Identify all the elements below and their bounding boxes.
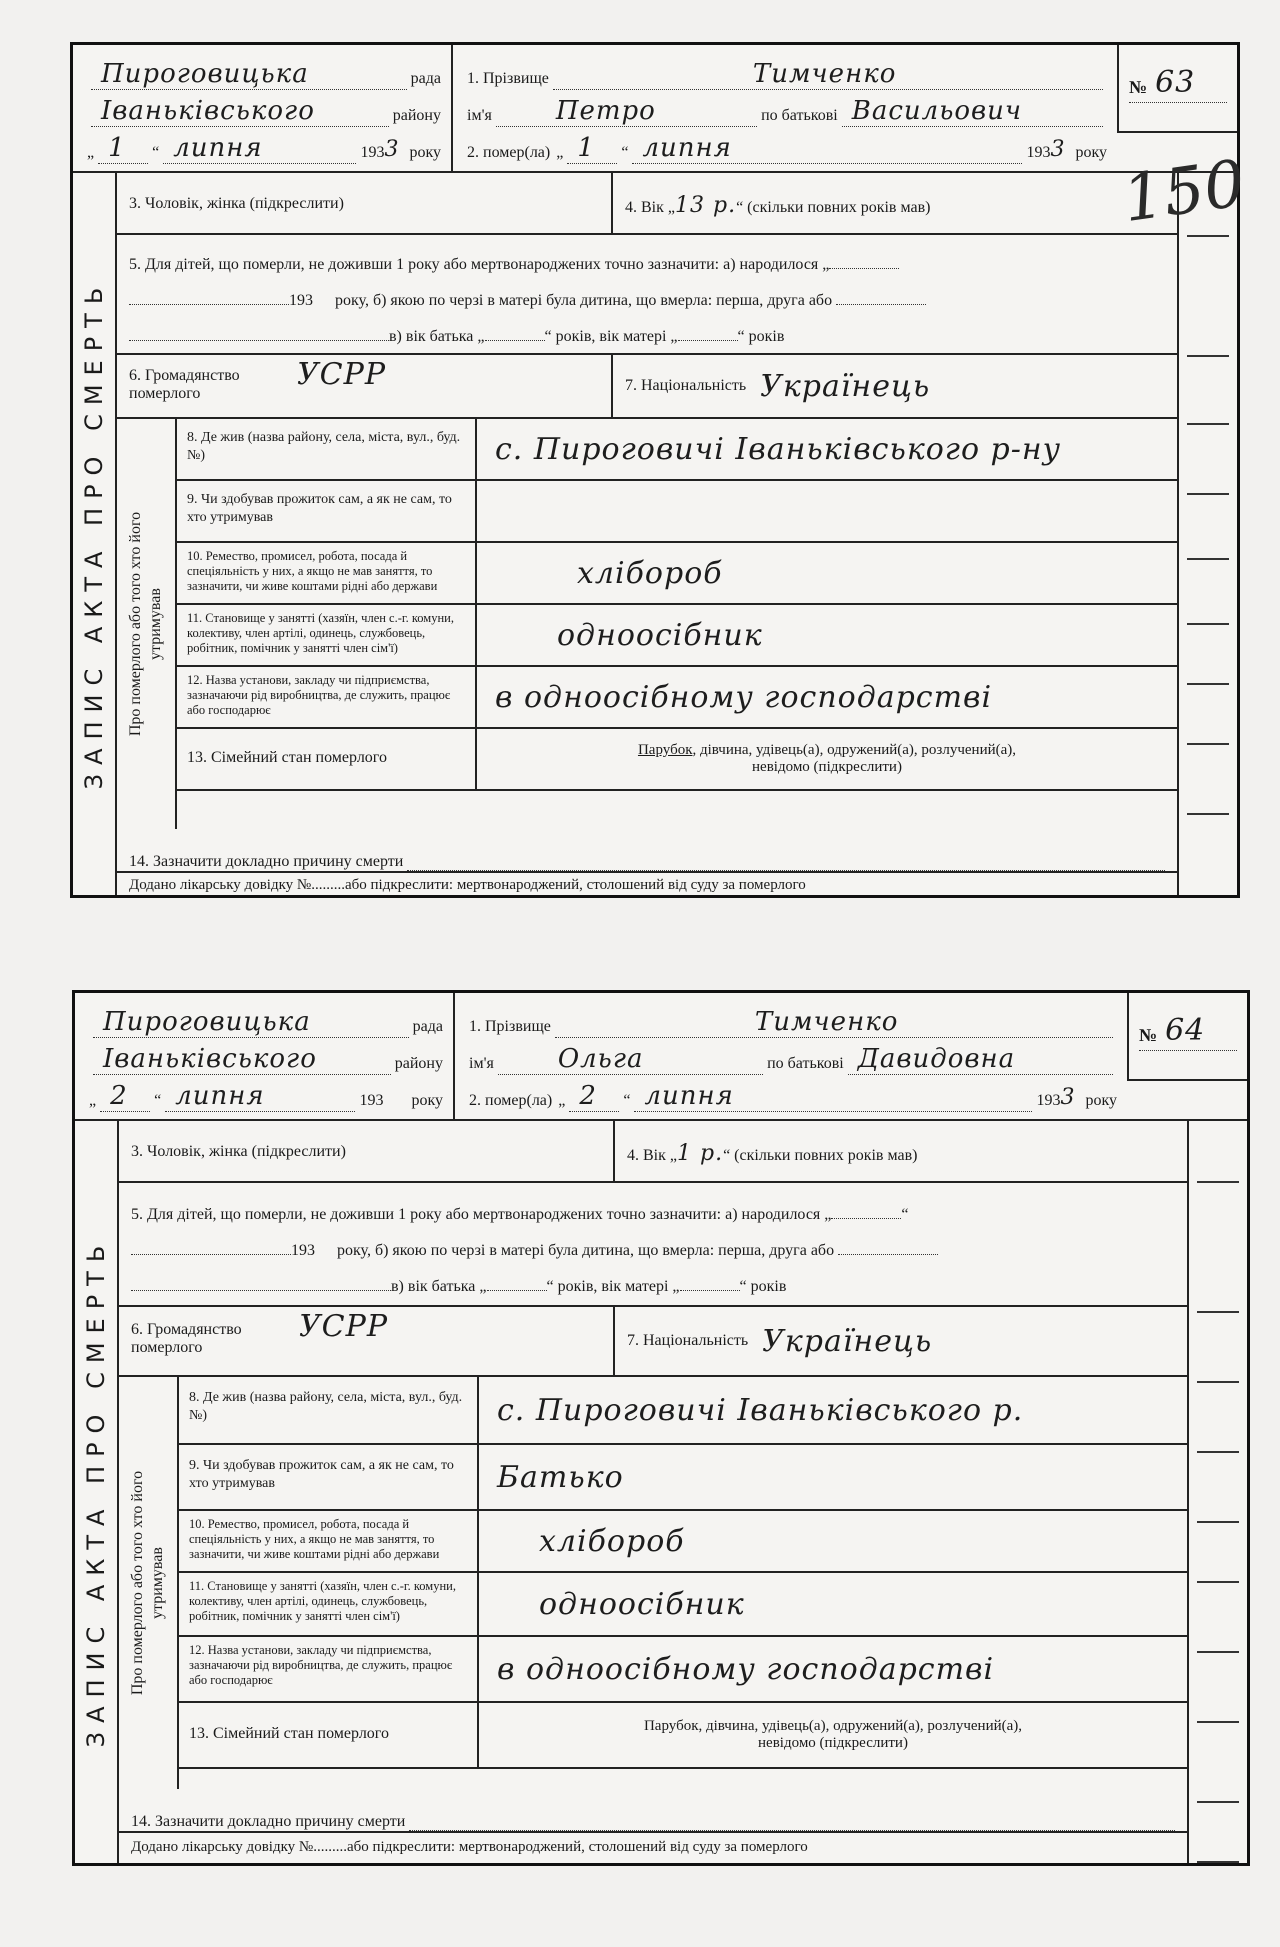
surname: Тимченко [753,59,897,89]
right-margin [1187,1121,1247,1863]
district-name: Іваньківського [103,1044,317,1074]
council-block: Пироговицькарада Іваньківськогорайону „2… [75,993,455,1119]
nationality-field: 7. НаціональністьУкраїнець [613,1307,1187,1375]
footer-row: Додано лікарську довідку №.........або п… [119,1833,1187,1863]
age-field: 4. Вік „13 р.“ (скільки повних років мав… [611,173,1177,233]
marital-row: 13. Сімейний стан померлогоПарубок, дівч… [179,1703,1187,1769]
citizenship-value: УСРР [297,357,386,417]
first-name: Ольга [558,1044,644,1074]
death-month: липня [642,133,731,163]
position-row: 11. Становище у занятті (хазяїн, член с.… [177,605,1177,667]
side-title: ЗАПИС АКТА ПРО СМЕРТЬ [75,1121,119,1863]
death-day: 2 [579,1081,597,1111]
record-number: №64 [1127,993,1247,1081]
district-name: Іваньківського [101,96,315,126]
first-name: Петро [556,96,656,126]
footer-row: Додано лікарську довідку №.........або п… [117,873,1177,899]
occupation-row: 10. Ремество, промисел, робота, посада й… [177,543,1177,605]
side-title: ЗАПИС АКТА ПРО СМЕРТЬ [73,173,117,895]
sex-age-row: 3. Чоловік, жінка (підкреслити) 4. Вік „… [117,173,1177,235]
patronymic: Давидовна [858,1044,1015,1074]
subgroup-label: Про померлого або того хто йогоутримував [119,1377,179,1789]
reg-day: 2 [110,1081,128,1111]
marital-row: 13. Сімейний стан померлогоПарубок, дівч… [177,729,1177,791]
surname: Тимченко [755,1007,899,1037]
record-number: №63 [1117,45,1237,133]
reg-day: 1 [108,133,126,163]
cause-of-death-row: 14. Зазначити докладно причину смерти [119,1789,1187,1833]
death-record-form-63: Пироговицькарада Іваньківськогорайону „1… [70,42,1240,898]
children-info-row: 5. Для дітей, що померли, не доживши 1 р… [119,1183,1187,1307]
subgroup-label: Про померлого або того хто йогоутримував [117,419,177,829]
citizenship-value: УСРР [299,1309,388,1375]
council-name: Пироговицька [103,1007,311,1037]
council-block: Пироговицькарада Іваньківськогорайону „1… [73,45,453,171]
person-block: 1. ПрізвищеТимченко ім'яОльгапо батькові… [455,993,1127,1119]
citizenship-row: 6. Громадянство померлого УСРР 7. Націон… [119,1307,1187,1377]
sex-age-row: 3. Чоловік, жінка (підкреслити) 4. Вік „… [119,1121,1187,1183]
person-block: 1. ПрізвищеТимченко ім'яПетропо батькові… [453,45,1117,171]
form-header: Пироговицькарада Іваньківськогорайону „2… [75,993,1247,1121]
workplace-row: 12. Назва установи, закладу чи підприємс… [179,1637,1187,1703]
position-row: 11. Становище у занятті (хазяїн, член с.… [179,1573,1187,1637]
patronymic: Васильович [852,96,1022,126]
cause-of-death-row: 14. Зазначити докладно причину смерти [117,829,1177,873]
age-field: 4. Вік „1 р.“ (скільки повних років мав) [613,1121,1187,1181]
reg-month: липня [175,1081,264,1111]
council-name: Пироговицька [101,59,309,89]
death-month: липня [644,1081,733,1111]
nationality-field: 7. НаціональністьУкраїнець [611,355,1177,417]
residence-row: 8. Де жив (назва району, села, міста, ву… [177,419,1177,481]
occupation-row: 10. Ремество, промисел, робота, посада й… [179,1511,1187,1573]
right-margin [1177,173,1237,895]
citizenship-row: 6. Громадянство померлого УСРР 7. Націон… [117,355,1177,419]
support-row: 9. Чи здобував прожиток сам, а як не сам… [177,481,1177,543]
support-row: 9. Чи здобував прожиток сам, а як не сам… [179,1445,1187,1511]
form-header: Пироговицькарада Іваньківськогорайону „1… [73,45,1237,173]
death-record-form-64: Пироговицькарада Іваньківськогорайону „2… [72,990,1250,1866]
workplace-row: 12. Назва установи, закладу чи підприємс… [177,667,1177,729]
death-day: 1 [577,133,595,163]
children-info-row: 5. Для дітей, що померли, не доживши 1 р… [117,235,1177,355]
residence-row: 8. Де жив (назва району, села, міста, ву… [179,1377,1187,1445]
reg-month: липня [173,133,262,163]
